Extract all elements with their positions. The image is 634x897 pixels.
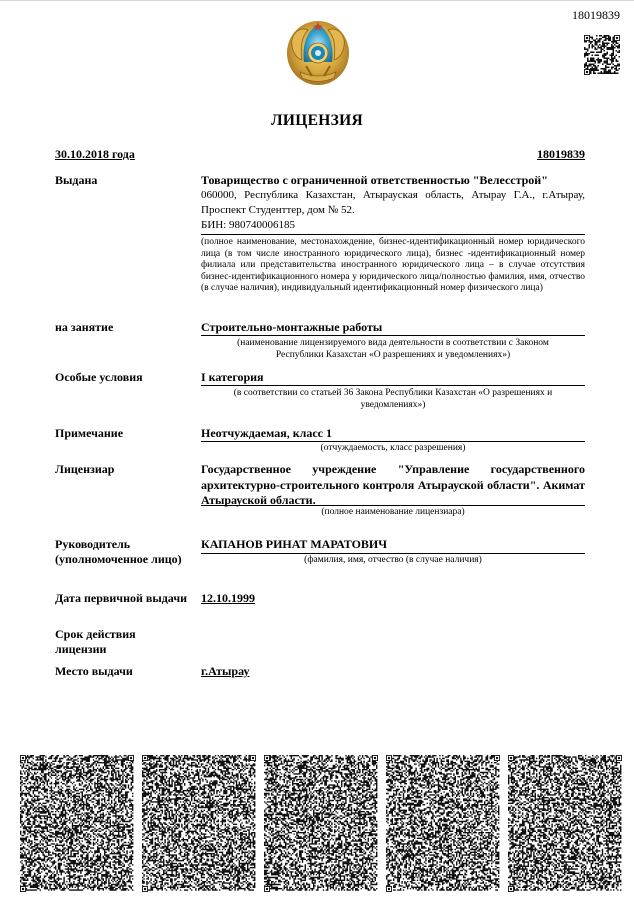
- issued-to-name: Товарищество с ограниченной ответственно…: [201, 173, 585, 188]
- head-label: Руководитель (уполномоченное лицо): [55, 537, 182, 567]
- issued-to-rule: [201, 234, 585, 235]
- issue-date: 30.10.2018 года: [55, 147, 135, 162]
- issued-to-address: 060000, Республика Казахстан, Атырауская…: [201, 188, 585, 233]
- head-hint: (фамилия, имя, отчество (в случае наличи…: [201, 555, 585, 567]
- special-conditions-value: I категория: [201, 370, 585, 385]
- head-rule: [201, 553, 585, 554]
- head-label-line2: (уполномоченное лицо): [55, 552, 182, 566]
- qr-code-icon: [264, 755, 378, 892]
- qr-code-icon: [386, 755, 500, 892]
- note-value: Неотчуждаемая, класс 1: [201, 426, 585, 441]
- head-value: КАПАНОВ РИНАТ МАРАТОВИЧ: [201, 537, 585, 552]
- special-conditions-rule: [201, 385, 585, 386]
- first-issue-date-value: 12.10.1999: [201, 591, 255, 606]
- qr-code-icon: [20, 755, 134, 892]
- qr-code-icon: [584, 35, 620, 75]
- licensor-rule: [201, 505, 585, 506]
- issued-to-hint: (полное наименование, местонахождение, б…: [201, 237, 585, 295]
- issued-to-bin: БИН: 980740006185: [201, 219, 295, 231]
- qr-code-icon: [508, 755, 622, 892]
- document-title: ЛИЦЕНЗИЯ: [0, 112, 634, 130]
- activity-value: Строительно-монтажные работы: [201, 320, 585, 335]
- validity-label-line2: лицензии: [55, 642, 106, 656]
- note-hint: (отчуждаемость, класс разрешения): [201, 443, 585, 455]
- note-label: Примечание: [55, 426, 123, 441]
- activity-hint: (наименование лицензируемого вида деятел…: [221, 338, 565, 361]
- document-number-top: 18019839: [572, 8, 620, 23]
- note-rule: [201, 441, 585, 442]
- licensor-value: Государственное учреждение "Управление г…: [201, 462, 585, 509]
- licensor-hint: (полное наименование лицензиара): [201, 507, 585, 519]
- validity-label-line1: Срок действия: [55, 627, 136, 641]
- activity-rule: [201, 335, 585, 336]
- special-conditions-hint: (в соответствии со статьей 36 Закона Рес…: [213, 388, 573, 411]
- issued-to-address-text: 060000, Республика Казахстан, Атырауская…: [201, 189, 585, 216]
- head-label-line1: Руководитель: [55, 537, 130, 551]
- issued-to-label: Выдана: [55, 173, 97, 188]
- special-conditions-label: Особые условия: [55, 370, 143, 385]
- activity-label: на занятие: [55, 320, 113, 335]
- place-label: Место выдачи: [55, 664, 133, 679]
- place-value: г.Атырау: [201, 664, 250, 679]
- state-emblem-icon: [284, 16, 352, 88]
- first-issue-date-label: Дата первичной выдачи: [55, 591, 187, 606]
- license-number: 18019839: [537, 147, 585, 162]
- qr-code-icon: [142, 755, 256, 892]
- licensor-label: Лицензиар: [55, 462, 114, 477]
- validity-label: Срок действия лицензии: [55, 627, 136, 657]
